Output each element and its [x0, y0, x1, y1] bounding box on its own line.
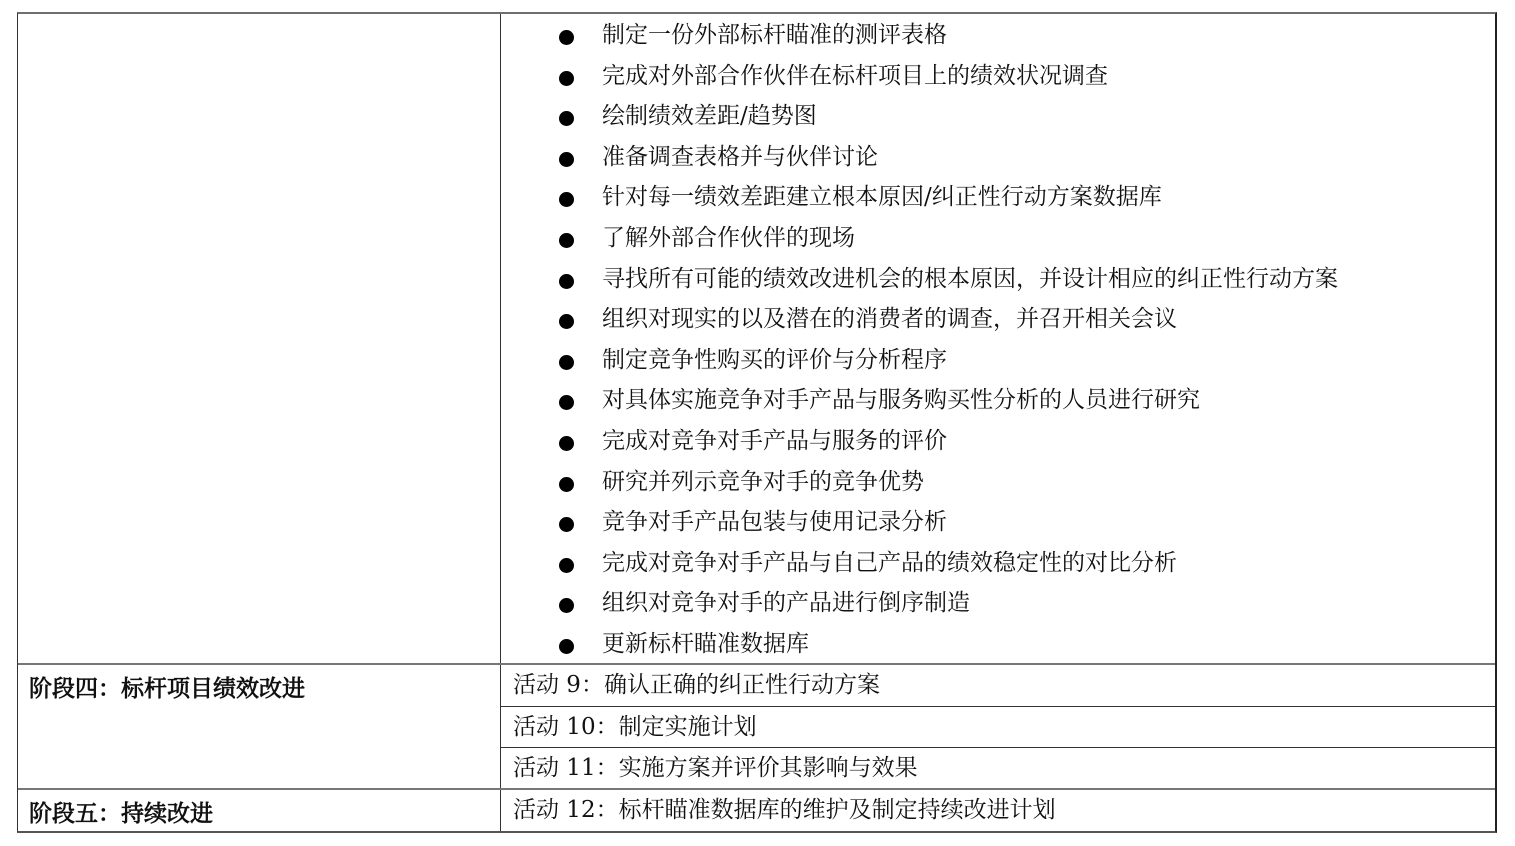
bullet-text: 针对每一绩效差距建立根本原因/纠正性行动方案数据库: [602, 184, 1162, 210]
activities-cell: 制定一份外部标杆瞄准的测评表格 完成对外部合作伙伴在标杆项目上的绩效状况调查 绘…: [501, 14, 1495, 663]
table-row-stage-four: 阶段四：标杆项目绩效改进 活动 9：确认正确的纠正性行动方案 活动 10：制定实…: [18, 663, 1495, 788]
stage-cell: 阶段五：持续改进: [18, 790, 501, 831]
bullet-text: 寻找所有可能的绩效改进机会的根本原因，并设计相应的纠正性行动方案: [602, 266, 1338, 292]
activity-12: 活动 12：标杆瞄准数据库的维护及制定持续改进计划: [501, 790, 1495, 831]
list-item: 竞争对手产品包装与使用记录分析: [501, 502, 1495, 543]
list-item: 寻找所有可能的绩效改进机会的根本原因，并设计相应的纠正性行动方案: [501, 259, 1495, 300]
activity-bullet-list: 制定一份外部标杆瞄准的测评表格 完成对外部合作伙伴在标杆项目上的绩效状况调查 绘…: [501, 15, 1495, 665]
bullet-icon: [559, 274, 574, 289]
bullet-icon: [559, 71, 574, 86]
list-item: 研究并列示竞争对手的竞争优势: [501, 462, 1495, 503]
activity-9: 活动 9：确认正确的纠正性行动方案: [501, 665, 1495, 706]
stage-cell-empty: [18, 14, 501, 663]
list-item: 完成对竞争对手产品与自己产品的绩效稳定性的对比分析: [501, 543, 1495, 584]
bullet-text: 完成对外部合作伙伴在标杆项目上的绩效状况调查: [602, 63, 1108, 89]
bullet-icon: [559, 395, 574, 410]
bullet-text: 对具体实施竞争对手产品与服务购买性分析的人员进行研究: [602, 387, 1200, 413]
list-item: 对具体实施竞争对手产品与服务购买性分析的人员进行研究: [501, 380, 1495, 421]
list-item: 了解外部合作伙伴的现场: [501, 218, 1495, 259]
activities-cell: 活动 12：标杆瞄准数据库的维护及制定持续改进计划: [501, 790, 1495, 831]
bullet-text: 准备调查表格并与伙伴讨论: [602, 144, 878, 170]
bullet-icon: [559, 152, 574, 167]
bullet-icon: [559, 558, 574, 573]
activity-11: 活动 11：实施方案并评价其影响与效果: [501, 747, 1495, 788]
list-item: 制定一份外部标杆瞄准的测评表格: [501, 15, 1495, 56]
activities-cell: 活动 9：确认正确的纠正性行动方案 活动 10：制定实施计划 活动 11：实施方…: [501, 665, 1495, 788]
bullet-text: 制定竞争性购买的评价与分析程序: [602, 347, 947, 373]
bullet-text: 研究并列示竞争对手的竞争优势: [602, 469, 924, 495]
stage-cell: 阶段四：标杆项目绩效改进: [18, 665, 501, 788]
bullet-text: 完成对竞争对手产品与自己产品的绩效稳定性的对比分析: [602, 550, 1177, 576]
stage-four-label: 阶段四：标杆项目绩效改进: [29, 670, 305, 703]
bullet-icon: [559, 192, 574, 207]
list-item: 完成对外部合作伙伴在标杆项目上的绩效状况调查: [501, 56, 1495, 97]
bullet-text: 绘制绩效差距/趋势图: [602, 103, 817, 129]
bullet-text: 竞争对手产品包装与使用记录分析: [602, 509, 947, 535]
activity-10: 活动 10：制定实施计划: [501, 706, 1495, 747]
benchmarking-stages-table: 制定一份外部标杆瞄准的测评表格 完成对外部合作伙伴在标杆项目上的绩效状况调查 绘…: [17, 12, 1497, 833]
bullet-icon: [559, 436, 574, 451]
list-item: 组织对竞争对手的产品进行倒序制造: [501, 583, 1495, 624]
bullet-text: 制定一份外部标杆瞄准的测评表格: [602, 22, 947, 48]
stage-five-label: 阶段五：持续改进: [29, 795, 213, 828]
list-item: 完成对竞争对手产品与服务的评价: [501, 421, 1495, 462]
bullet-icon: [559, 477, 574, 492]
table-row-stage-three-continued: 制定一份外部标杆瞄准的测评表格 完成对外部合作伙伴在标杆项目上的绩效状况调查 绘…: [18, 14, 1495, 663]
bullet-text: 了解外部合作伙伴的现场: [602, 225, 855, 251]
bullet-text: 更新标杆瞄准数据库: [602, 631, 809, 657]
bullet-text: 组织对竞争对手的产品进行倒序制造: [602, 590, 970, 616]
list-item: 制定竞争性购买的评价与分析程序: [501, 340, 1495, 381]
table-row-stage-five: 阶段五：持续改进 活动 12：标杆瞄准数据库的维护及制定持续改进计划: [18, 788, 1495, 831]
bullet-icon: [559, 30, 574, 45]
list-item: 准备调查表格并与伙伴讨论: [501, 137, 1495, 178]
bullet-icon: [559, 639, 574, 654]
bullet-icon: [559, 355, 574, 370]
list-item: 针对每一绩效差距建立根本原因/纠正性行动方案数据库: [501, 177, 1495, 218]
list-item: 组织对现实的以及潜在的消费者的调查，并召开相关会议: [501, 299, 1495, 340]
list-item: 更新标杆瞄准数据库: [501, 624, 1495, 665]
bullet-icon: [559, 598, 574, 613]
bullet-icon: [559, 517, 574, 532]
bullet-icon: [559, 314, 574, 329]
list-item: 绘制绩效差距/趋势图: [501, 96, 1495, 137]
bullet-text: 组织对现实的以及潜在的消费者的调查，并召开相关会议: [602, 306, 1177, 332]
bullet-icon: [559, 111, 574, 126]
bullet-text: 完成对竞争对手产品与服务的评价: [602, 428, 947, 454]
bullet-icon: [559, 233, 574, 248]
